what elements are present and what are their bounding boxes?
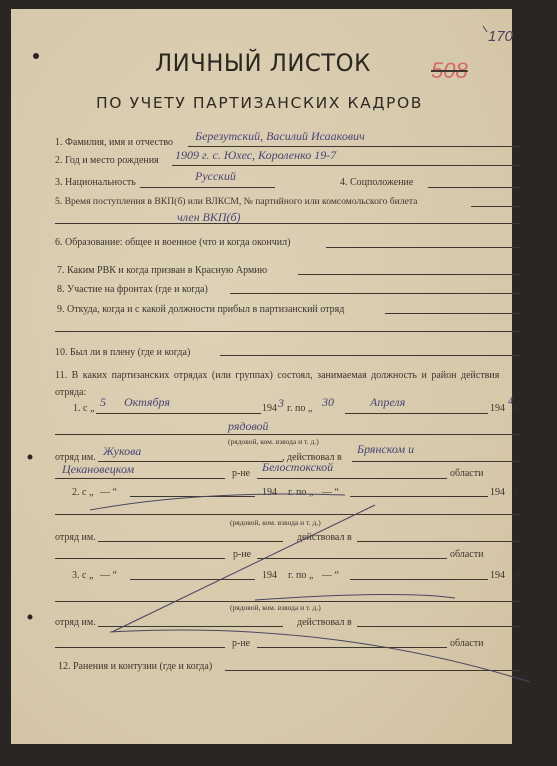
pen-strokes <box>0 0 557 766</box>
